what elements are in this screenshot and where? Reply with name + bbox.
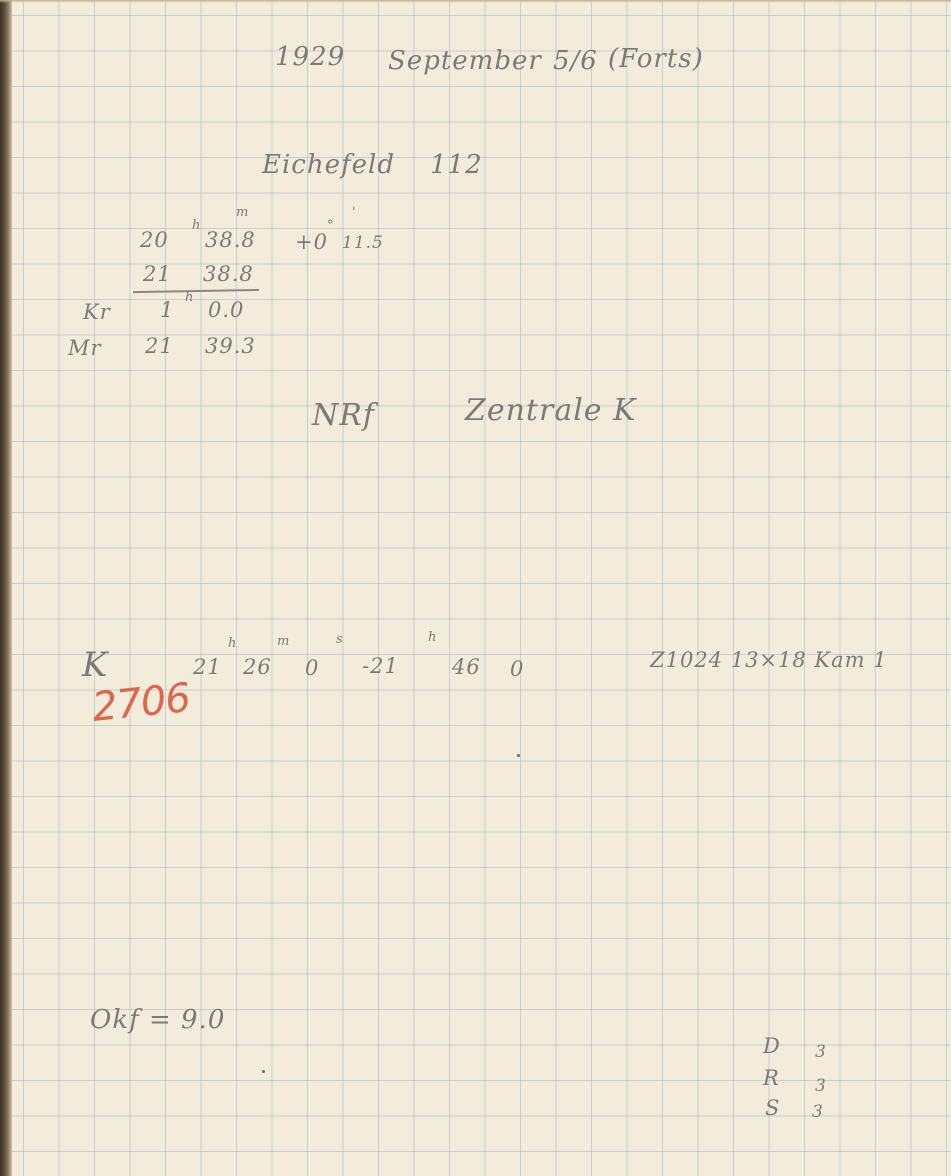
sum-rule-line bbox=[133, 289, 259, 293]
pencil-dot-footer bbox=[262, 1070, 265, 1073]
plate-dec-minutes: 46 bbox=[452, 655, 481, 679]
calc-row1-h-unit: h bbox=[192, 218, 201, 233]
plate-ra-minutes: 26 bbox=[243, 655, 272, 679]
plate-number-red: 2706 bbox=[90, 675, 192, 731]
calc-row3-label: Kr bbox=[83, 300, 111, 324]
plate-ra-seconds: 0 bbox=[305, 656, 319, 680]
calc-row3-minutes: 0.0 bbox=[208, 298, 244, 322]
object-number: 112 bbox=[430, 150, 483, 180]
binding-edge bbox=[0, 0, 12, 1176]
calc-row2-minutes: 38.8 bbox=[203, 262, 254, 286]
rating-symbol-d: D bbox=[763, 1034, 781, 1058]
plate-ra-s-unit: s bbox=[336, 632, 344, 647]
header-month: September bbox=[388, 46, 542, 76]
plate-info: Z1024 13×18 Kam 1 bbox=[650, 648, 888, 672]
calc-row1-declination: +0 bbox=[295, 230, 328, 254]
plate-ra-m-unit: m bbox=[277, 634, 290, 649]
calc-row1-dec-minutes: 11.5 bbox=[342, 233, 384, 253]
page-top-edge bbox=[0, 0, 951, 3]
header-note: (Forts) bbox=[608, 44, 704, 74]
plate-label: K bbox=[82, 645, 108, 685]
calc-row2-hours: 21 bbox=[143, 262, 172, 286]
footer-equation: Okf = 9.0 bbox=[90, 1005, 225, 1035]
calc-row3-hours: 1 bbox=[160, 298, 174, 322]
rating-symbol-r: R bbox=[763, 1066, 780, 1090]
calc-row1-min-unit: ' bbox=[352, 205, 357, 220]
header-year: 1929 bbox=[275, 42, 345, 72]
object-name: Eichefeld bbox=[262, 150, 395, 180]
rating-value-s: 3 bbox=[812, 1102, 824, 1122]
calc-row1-hours: 20 bbox=[140, 228, 169, 252]
plate-declination: -21 bbox=[362, 654, 399, 678]
section-title-right: Zentrale K bbox=[465, 393, 637, 428]
rating-symbol-s: S bbox=[765, 1096, 780, 1120]
section-title-left: NRf bbox=[312, 398, 375, 433]
rating-value-r: 3 bbox=[815, 1076, 827, 1096]
plate-ra-hours: 21 bbox=[193, 655, 222, 679]
pencil-dot bbox=[517, 754, 520, 757]
plate-dec-unit: h bbox=[428, 630, 437, 645]
plate-ra-h-unit: h bbox=[228, 636, 237, 651]
calc-row4-minutes: 39.3 bbox=[205, 334, 256, 358]
calc-row1-deg-unit: ° bbox=[327, 218, 335, 233]
rating-value-d: 3 bbox=[815, 1042, 827, 1062]
calc-row1-minutes: 38.8 bbox=[205, 228, 256, 252]
calc-row1-m-unit: m bbox=[236, 205, 249, 220]
calc-row3-h-unit: h bbox=[185, 290, 194, 305]
plate-dec-seconds: 0 bbox=[510, 657, 524, 681]
calc-row4-label: Mr bbox=[68, 336, 102, 360]
calc-row4-hours: 21 bbox=[145, 334, 174, 358]
notebook-page: 1929 September 5/6 (Forts) Eichefeld 112… bbox=[0, 0, 951, 1176]
header-days: 5/6 bbox=[553, 46, 598, 76]
